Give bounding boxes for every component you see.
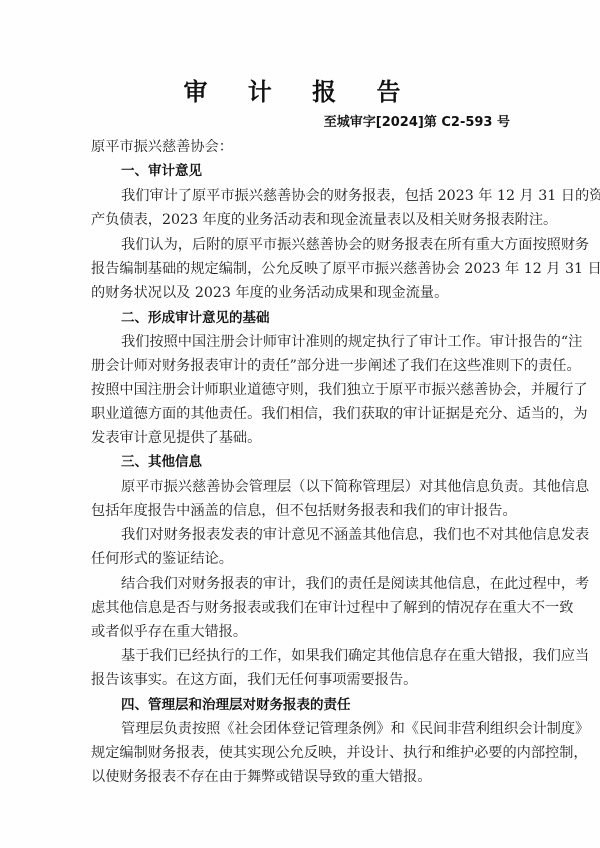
paragraph-line: 报告该事实。在这方面，我们无任何事项需要报告。 (91, 671, 511, 689)
paragraph-line: 任何形式的鉴证结论。 (91, 550, 511, 568)
paragraph-line: 我们审计了原平市振兴慈善协会的财务报表，包括 2023 年 12 月 31 日的… (121, 187, 511, 205)
paragraph-line: 按照中国注册会计师职业道德守则，我们独立于原平市振兴慈善协会，并履行了 (91, 381, 511, 399)
audit-report-page: 审 计 报 告 至城审字[2024]第 C2-593 号 原平市振兴慈善协会： … (0, 0, 600, 848)
paragraph-line: 我们按照中国注册会计师审计准则的规定执行了审计工作。审计报告的“注 (121, 333, 511, 351)
paragraph-line: 虑其他信息是否与财务报表或我们在审计过程中了解到的情况存在重大不一致 (91, 599, 511, 617)
paragraph-line: 管理层负责按照《社会团体登记管理条例》和《民间非营利组织会计制度》 (121, 720, 511, 738)
section-heading-other-information: 三、其他信息 (121, 453, 541, 471)
paragraph-line: 发表审计意见提供了基础。 (91, 429, 511, 447)
section-heading-basis-for-opinion: 二、形成审计意见的基础 (121, 309, 541, 327)
paragraph-line: 或者似乎存在重大错报。 (91, 623, 511, 641)
paragraph-line: 产负债表，2023 年度的业务活动表和现金流量表以及相关财务报表附注。 (91, 211, 511, 229)
section-heading-audit-opinion: 一、审计意见 (121, 162, 541, 180)
paragraph-line: 册会计师对财务报表审计的责任”部分进一步阐述了我们在这些准则下的责任。 (91, 357, 511, 375)
paragraph-line: 我们认为，后附的原平市振兴慈善协会的财务报表在所有重大方面按照财务 (121, 236, 511, 254)
paragraph-line: 原平市振兴慈善协会管理层（以下简称管理层）对其他信息负责。其他信息 (121, 478, 511, 496)
document-title: 审 计 报 告 (0, 72, 600, 107)
paragraph-line: 的财务状况以及 2023 年度的业务活动成果和现金流量。 (91, 284, 511, 302)
section-heading-management-responsibility: 四、管理层和治理层对财务报表的责任 (121, 696, 541, 714)
reference-number: 至城审字[2024]第 C2-593 号 (324, 111, 510, 130)
paragraph-line: 结合我们对财务报表的审计，我们的责任是阅读其他信息，在此过程中，考 (121, 575, 511, 593)
paragraph-line: 以使财务报表不存在由于舞弊或错误导致的重大错报。 (91, 768, 511, 786)
paragraph-line: 我们对财务报表发表的审计意见不涵盖其他信息，我们也不对其他信息发表 (121, 526, 511, 544)
paragraph-line: 包括年度报告中涵盖的信息，但不包括财务报表和我们的审计报告。 (91, 502, 511, 520)
salutation: 原平市振兴慈善协会： (91, 138, 511, 156)
paragraph-line: 规定编制财务报表，使其实现公允反映，并设计、执行和维护必要的内部控制， (91, 744, 511, 762)
paragraph-line: 报告编制基础的规定编制，公允反映了原平市振兴慈善协会 2023 年 12 月 3… (91, 260, 511, 278)
paragraph-line: 基于我们已经执行的工作，如果我们确定其他信息存在重大错报，我们应当 (121, 647, 511, 665)
paragraph-line: 职业道德方面的其他责任。我们相信，我们获取的审计证据是充分、适当的，为 (91, 405, 511, 423)
